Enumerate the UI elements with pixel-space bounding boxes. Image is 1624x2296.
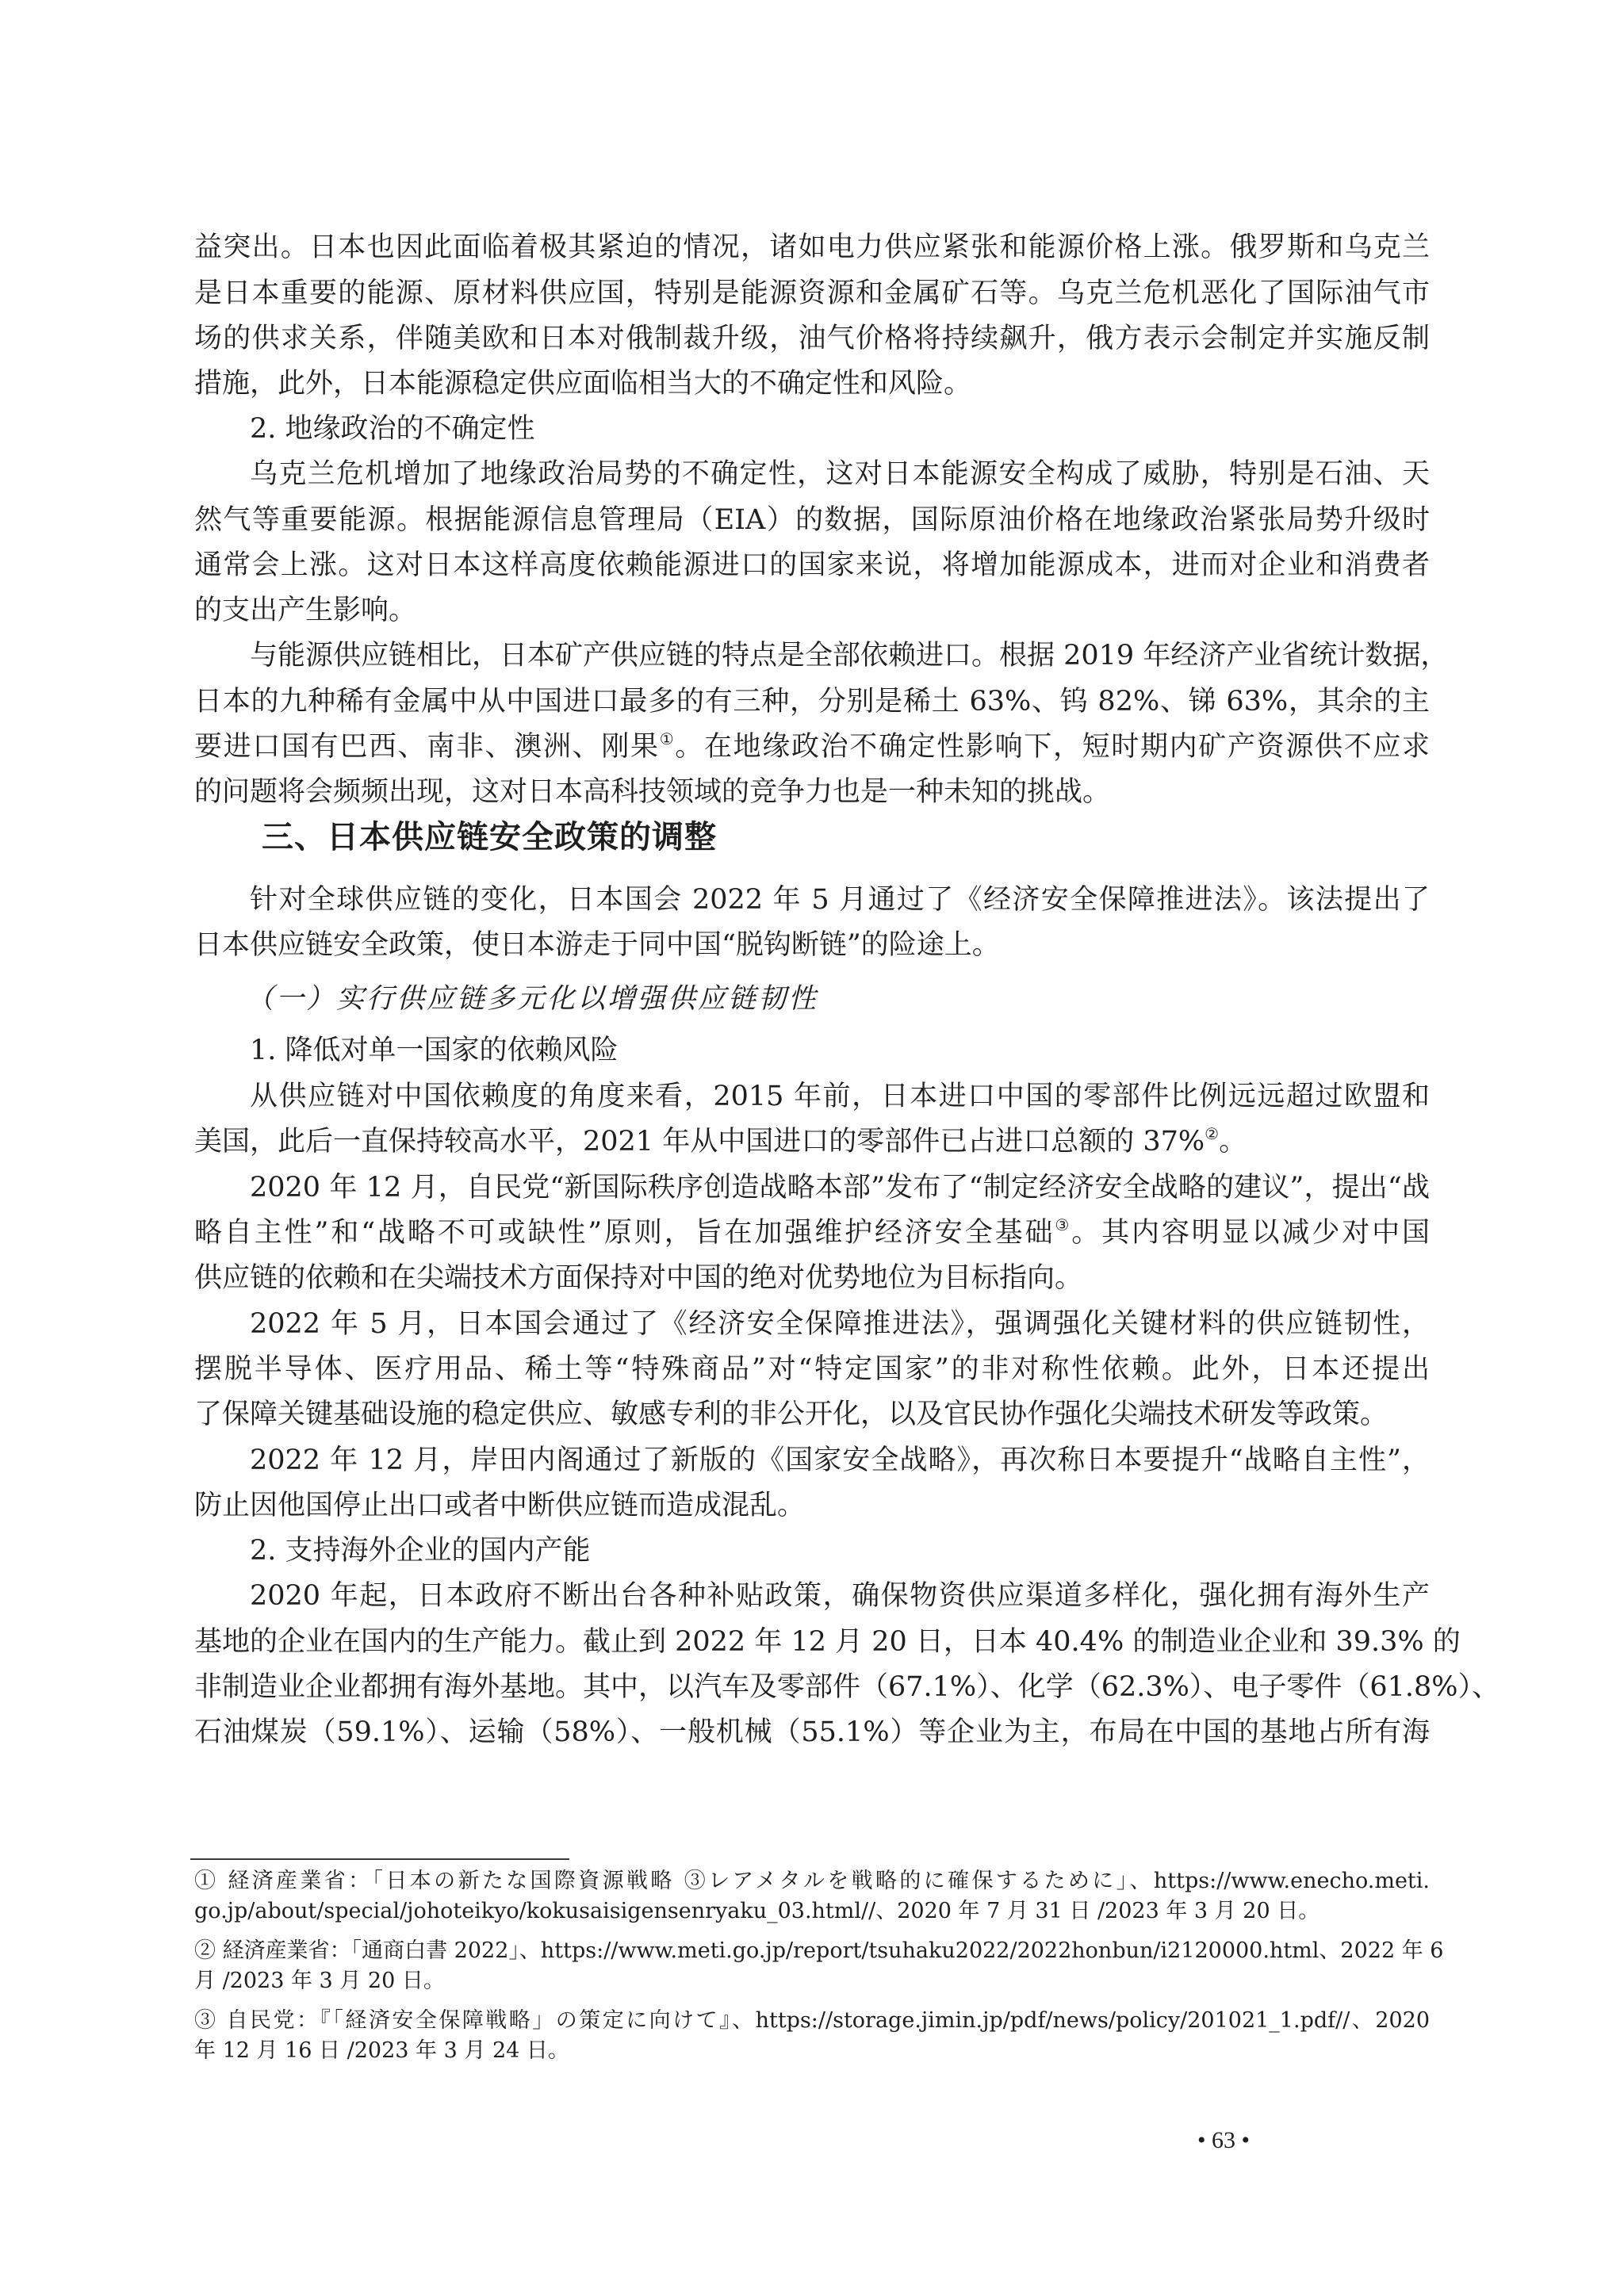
subsection-heading-diversification: （一）实行供应链多元化以增强供应链韧性 [246,976,818,1022]
text-line: 的问题将会频频出现，这对日本高科技领域的竞争力也是一种未知的挑战。 [194,769,1430,815]
text-line: 了保障关键基础设施的稳定供应、敏感专利的非公开化，以及官民协作强化尖端技术研发等… [194,1391,1430,1437]
text-line: 益突出。日本也因此面临着极其紧迫的情况，诸如电力供应紧张和能源价格上涨。俄罗斯和… [194,224,1430,270]
text-segment: 美国，此后一直保持较高水平，2021 年从中国进口的零部件已占进口总额的 37% [194,1126,1205,1158]
text-segment: 。在地缘政治不确定性影响下，短时期内矿产资源供不应求 [675,731,1430,763]
footnote-line: 月 /2023 年 3 月 20 日。 [194,1966,1430,1996]
text-segment: 。 [1219,1126,1247,1158]
footnote-line: 年 12 月 16 日 /2023 年 3 月 24 日。 [194,2036,1430,2066]
text-line: 略自主性”和“战略不可或缺性”原则，旨在加强维护经济安全基础③。其内容明显以减少… [194,1210,1430,1256]
text-line: 2020 年 12 月，自民党“新国际秩序创造战略本部”发布了“制定经济安全战略… [194,1165,1430,1211]
text-segment: 。其内容明显以减少对中国 [1071,1217,1430,1249]
text-line: 场的供求关系，伴随美欧和日本对俄制裁升级，油气价格将持续飙升，俄方表示会制定并实… [194,316,1430,362]
text-line: 美国，此后一直保持较高水平，2021 年从中国进口的零部件已占进口总额的 37%… [194,1119,1430,1165]
footnote-ref-2[interactable]: ② [1205,1124,1219,1143]
text-line: 2022 年 12 月，岸田内阁通过了新版的《国家安全战略》，再次称日本要提升“… [194,1437,1430,1483]
footnote-line: go.jp/about/special/johoteikyo/kokusaisi… [194,1896,1430,1927]
footnote-divider [190,1858,569,1860]
page-number: • 63 • [1176,2125,1271,2156]
text-line: 乌克兰危机增加了地缘政治局势的不确定性，这对日本能源安全构成了威胁，特别是石油、… [194,451,1430,497]
text-line: 通常会上涨。这对日本这样高度依赖能源进口的国家来说，将增加能源成本，进而对企业和… [194,542,1430,588]
text-line: 日本供应链安全政策，使日本游走于同中国“脱钩断链”的险途上。 [194,922,1430,968]
subheading-reduce-dependency: 1. 降低对单一国家的依赖风险 [250,1027,619,1073]
text-line: 与能源供应链相比，日本矿产供应链的特点是全部依赖进口。根据 2019 年经济产业… [194,633,1430,679]
text-line: 2022 年 5 月，日本国会通过了《经济安全保障推进法》，强调强化关键材料的供… [194,1301,1430,1347]
footnote-ref-3[interactable]: ③ [1055,1215,1071,1234]
text-line: 防止因他国停止出口或者中断供应链而造成混乱。 [194,1483,1430,1529]
footnote-line: ① 経済産業省：「日本の新たな国際資源戦略 ③レアメタルを戦略的に確保するために… [194,1866,1430,1896]
text-line: 然气等重要能源。根据能源信息管理局（EIA）的数据，国际原油价格在地缘政治紧张局… [194,497,1430,543]
subheading-domestic-capacity: 2. 支持海外企业的国内产能 [250,1528,591,1574]
footnote-ref-1[interactable]: ① [660,729,676,748]
text-line: 日本的九种稀有金属中从中国进口最多的有三种，分别是稀土 63%、钨 82%、锑 … [194,679,1430,725]
text-line: 针对全球供应链的变化，日本国会 2022 年 5 月通过了《经济安全保障推进法》… [194,877,1430,923]
text-line: 石油煤炭（59.1%）、运输（58%）、一般机械（55.1%）等企业为主，布局在… [194,1709,1430,1755]
text-line: 基地的企业在国内的生产能力。截止到 2022 年 12 月 20 日，日本 40… [194,1619,1430,1665]
text-line: 的支出产生影响。 [194,587,1430,633]
section-heading-policy-adjustment: 三、日本供应链安全政策的调整 [262,812,717,863]
text-line: 从供应链对中国依赖度的角度来看，2015 年前，日本进口中国的零部件比例远远超过… [194,1073,1430,1119]
text-line: 供应链的依赖和在尖端技术方面保持对中国的绝对优势地位为目标指向。 [194,1255,1430,1301]
text-line: 措施，此外，日本能源稳定供应面临相当大的不确定性和风险。 [194,361,1430,407]
footnote-line: ② 経済産業省：「通商白書 2022」、https://www.meti.go.… [194,1936,1430,1966]
text-line: 要进口国有巴西、南非、澳洲、刚果①。在地缘政治不确定性影响下，短时期内矿产资源供… [194,724,1430,770]
footnote-line: ③ 自民党：『「経済安全保障戦略」の策定に向けて』、https://storag… [194,2006,1430,2036]
text-segment: 要进口国有巴西、南非、澳洲、刚果 [194,731,660,763]
text-segment: 略自主性”和“战略不可或缺性”原则，旨在加强维护经济安全基础 [194,1217,1055,1249]
subheading-geopolitical-uncertainty: 2. 地缘政治的不确定性 [250,406,535,452]
text-line: 摆脱半导体、医疗用品、稀土等“特殊商品”对“特定国家”的非对称性依赖。此外，日本… [194,1346,1430,1392]
text-line: 2020 年起，日本政府不断出台各种补贴政策，确保物资供应渠道多样化，强化拥有海… [194,1573,1430,1619]
text-line: 非制造业企业都拥有海外基地。其中，以汽车及零部件（67.1%）、化学（62.3%… [194,1664,1430,1710]
text-line: 是日本重要的能源、原材料供应国，特别是能源资源和金属矿石等。乌克兰危机恶化了国际… [194,270,1430,316]
